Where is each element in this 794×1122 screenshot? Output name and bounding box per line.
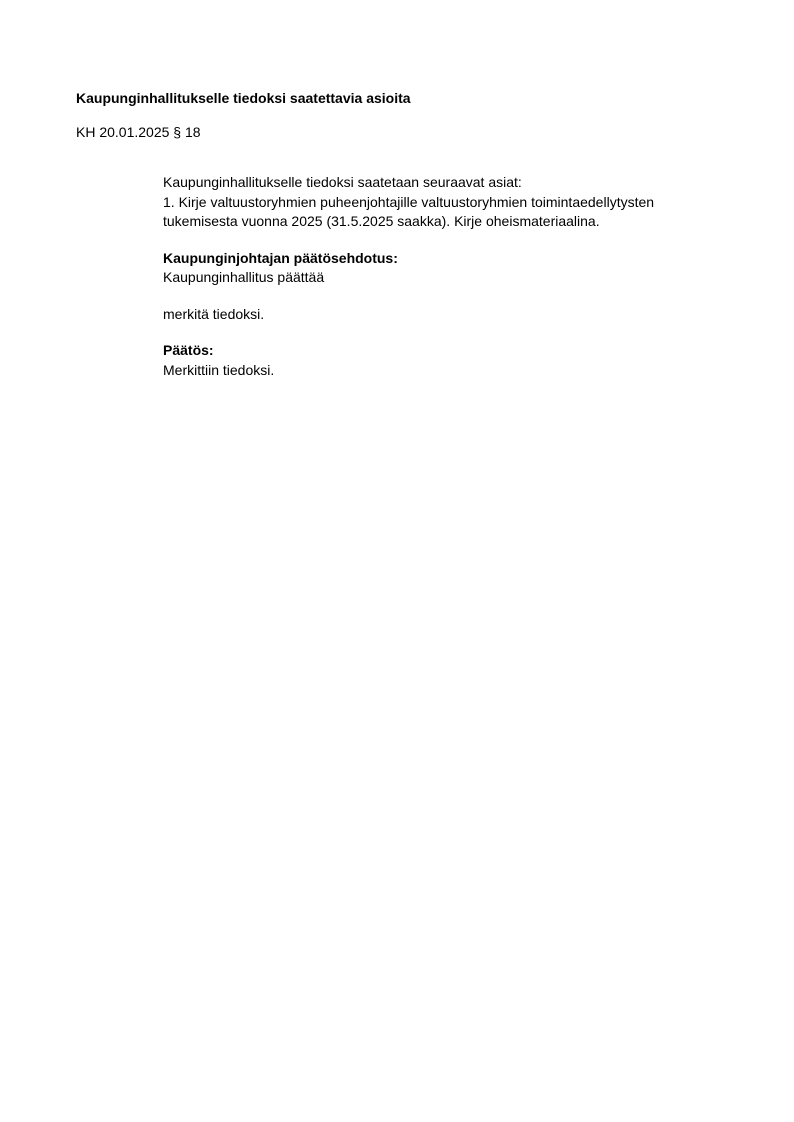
document-body: Kaupunginhallitukselle tiedoksi saatetaa… — [163, 173, 723, 380]
item-1-line-2: tukemisesta vuonna 2025 (31.5.2025 saakk… — [163, 212, 723, 232]
item-1-line-1: 1. Kirje valtuustoryhmien puheenjohtajil… — [163, 193, 723, 213]
intro-text: Kaupunginhallitukselle tiedoksi saatetaa… — [163, 173, 723, 193]
spacer — [163, 232, 723, 249]
proposal-line-1: Kaupunginhallitus päättää — [163, 268, 723, 288]
decision-heading: Päätös: — [163, 341, 723, 361]
proposal-heading: Kaupunginjohtajan päätösehdotus: — [163, 249, 723, 269]
proposal-line-2: merkitä tiedoksi. — [163, 305, 723, 325]
spacer — [163, 324, 723, 341]
meeting-reference: KH 20.01.2025 § 18 — [76, 123, 201, 141]
decision-text: Merkittiin tiedoksi. — [163, 361, 723, 381]
spacer — [163, 288, 723, 305]
document-title: Kaupunginhallitukselle tiedoksi saatetta… — [76, 89, 411, 107]
document-page: Kaupunginhallitukselle tiedoksi saatetta… — [0, 0, 794, 1122]
